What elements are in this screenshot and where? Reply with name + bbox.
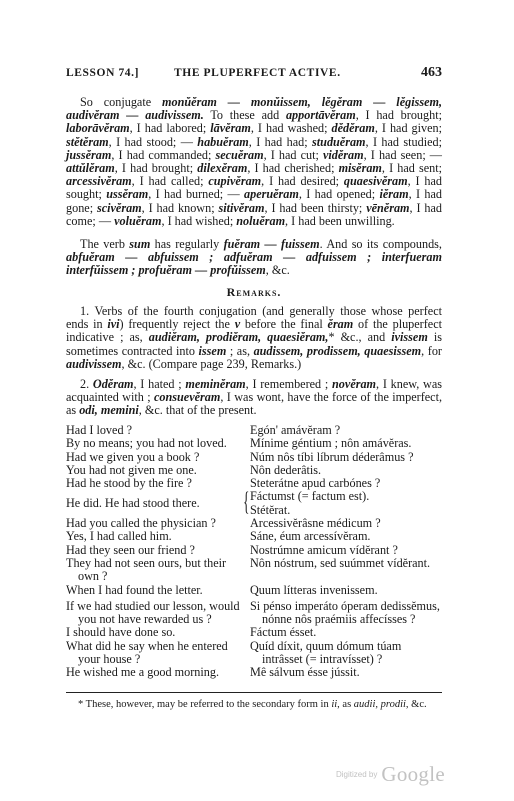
dialog-row: Had I loved ?Egón' amávĕram ? [66,424,444,437]
dialog-row: Had we given you a book ?Núm nôs tíbi lí… [66,451,444,464]
dialog-row: When I had found the letter.Quum líttera… [66,584,444,597]
google-logo: Google [381,762,445,786]
google-watermark: Digitized by Google [336,762,445,787]
english-sentence: Had they seen our friend ? [66,544,250,557]
footnote-divider [66,692,442,693]
english-sentence: Had I loved ? [66,424,250,437]
dialog-row: What did he say when he entered your hou… [66,640,444,667]
english-sentence: What did he say when he entered your hou… [66,640,250,667]
remark-2: 2. Odĕram, I hated ; meminĕram, I rememb… [66,378,442,418]
english-sentence: He wished me a good morning. [66,666,250,679]
latin-sentence: Mê sálvum ésse jússit. [250,666,444,679]
latin-sentence: Núm nôs tíbi líbrum déderâmus ? [250,451,444,464]
latin-sentence: Nôn dederâtis. [250,464,444,477]
english-text: He did. He had stood there. [66,497,200,510]
dialog-row: I should have done so.Fáctum ésset. [66,626,444,639]
latin-sentence: { Fáctumst (= factum est). Stétĕrat. [250,490,444,517]
english-sentence: He did. He had stood there. [66,490,250,517]
dialog-row: If we had studied our lesson, would you … [66,600,444,627]
dialog-row: Yes, I had called him.Sáne, éum arcessív… [66,530,444,543]
english-sentence: Yes, I had called him. [66,530,250,543]
dialog-row: Had he stood by the fire ?Steterátne apu… [66,477,444,490]
latin-line: Fáctumst (= factum est). [250,490,444,503]
remarks-heading: Remarks. [66,285,442,300]
english-sentence: They had not seen ours, but their own ? [66,557,250,584]
dialog-row: They had not seen ours, but their own ?N… [66,557,444,584]
latin-sentence: Nostrúmne amicum vídĕrant ? [250,544,444,557]
english-sentence: Had you called the physician ? [66,517,250,530]
dialog-row: He wished me a good morning.Mê sálvum és… [66,666,444,679]
remark-1: 1. Verbs of the fourth conjugation (and … [66,305,442,371]
paragraph-sum-compounds: The verb sum has regularly fuĕram — fuis… [66,238,442,278]
latin-sentence: Mínime géntium ; nôn amávĕras. [250,437,444,450]
english-sentence: Had he stood by the fire ? [66,477,250,490]
latin-sentence: Steterátne apud carbónes ? [250,477,444,490]
paragraph-conjugate: So conjugate monŭĕram — monŭissem, lĕgĕr… [66,96,442,228]
latin-line: Stétĕrat. [250,504,444,517]
latin-sentence: Si pénso imperáto óperam dedissĕmus, nón… [250,600,444,627]
dialog-row: He did. He had stood there. { Fáctumst (… [66,490,444,517]
english-sentence: When I had found the letter. [66,584,250,597]
page-title: THE PLUPERFECT ACTIVE. [174,67,341,79]
english-sentence: Had we given you a book ? [66,451,250,464]
latin-sentence: Quum lítteras invenissem. [250,584,444,597]
latin-sentence: Quíd díxit, quum dómum túam intrâsset (=… [250,640,444,667]
latin-sentence: Arcessivĕrâsne médicum ? [250,517,444,530]
latin-sentence: Egón' amávĕram ? [250,424,444,437]
english-sentence: You had not given me one. [66,464,250,477]
dialog-row: Had you called the physician ?Arcessivĕr… [66,517,444,530]
page-number: 463 [421,65,442,81]
watermark-digitized-by: Digitized by [336,770,377,779]
english-sentence: By no means; you had not loved. [66,437,250,450]
dialog-row: Had they seen our friend ?Nostrúmne amic… [66,544,444,557]
brace-glyph: { [243,489,249,515]
latin-sentence: Nôn nóstrum, sed suúmmet vídĕrant. [250,557,444,584]
dialog-row: By no means; you had not loved.Mínime gé… [66,437,444,450]
footnote: * These, however, may be referred to the… [66,699,442,711]
latin-sentence: Sáne, éum arcessívĕram. [250,530,444,543]
running-header: LESSON 74.] THE PLUPERFECT ACTIVE. 463 [66,66,442,82]
english-sentence: If we had studied our lesson, would you … [66,600,250,627]
dialog-row: You had not given me one.Nôn dederâtis. [66,464,444,477]
exercise-dialog: Had I loved ?Egón' amávĕram ? By no mean… [66,424,444,680]
latin-sentence: Fáctum ésset. [250,626,444,639]
book-page: LESSON 74.] THE PLUPERFECT ACTIVE. 463 S… [0,0,514,801]
english-sentence: I should have done so. [66,626,250,639]
lesson-label: LESSON 74.] [66,67,139,79]
